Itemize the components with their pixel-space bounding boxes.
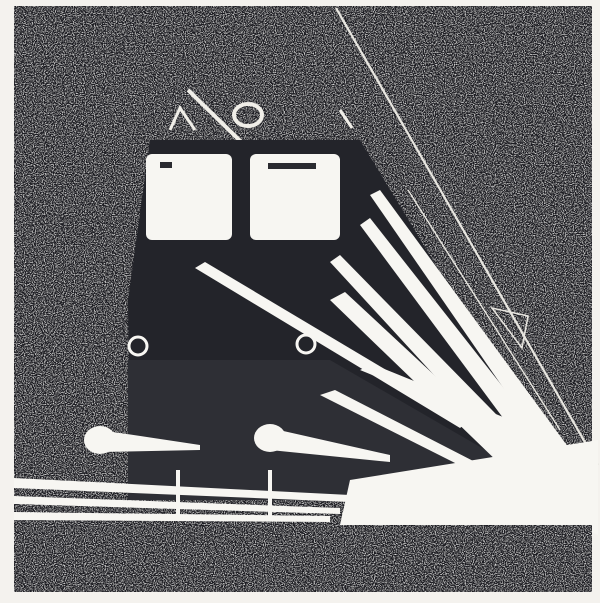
train-print	[0, 0, 600, 603]
lower-band	[14, 525, 592, 587]
window-left	[146, 154, 232, 240]
artwork-canvas: Linocut-style print of an electric locom…	[0, 0, 600, 603]
